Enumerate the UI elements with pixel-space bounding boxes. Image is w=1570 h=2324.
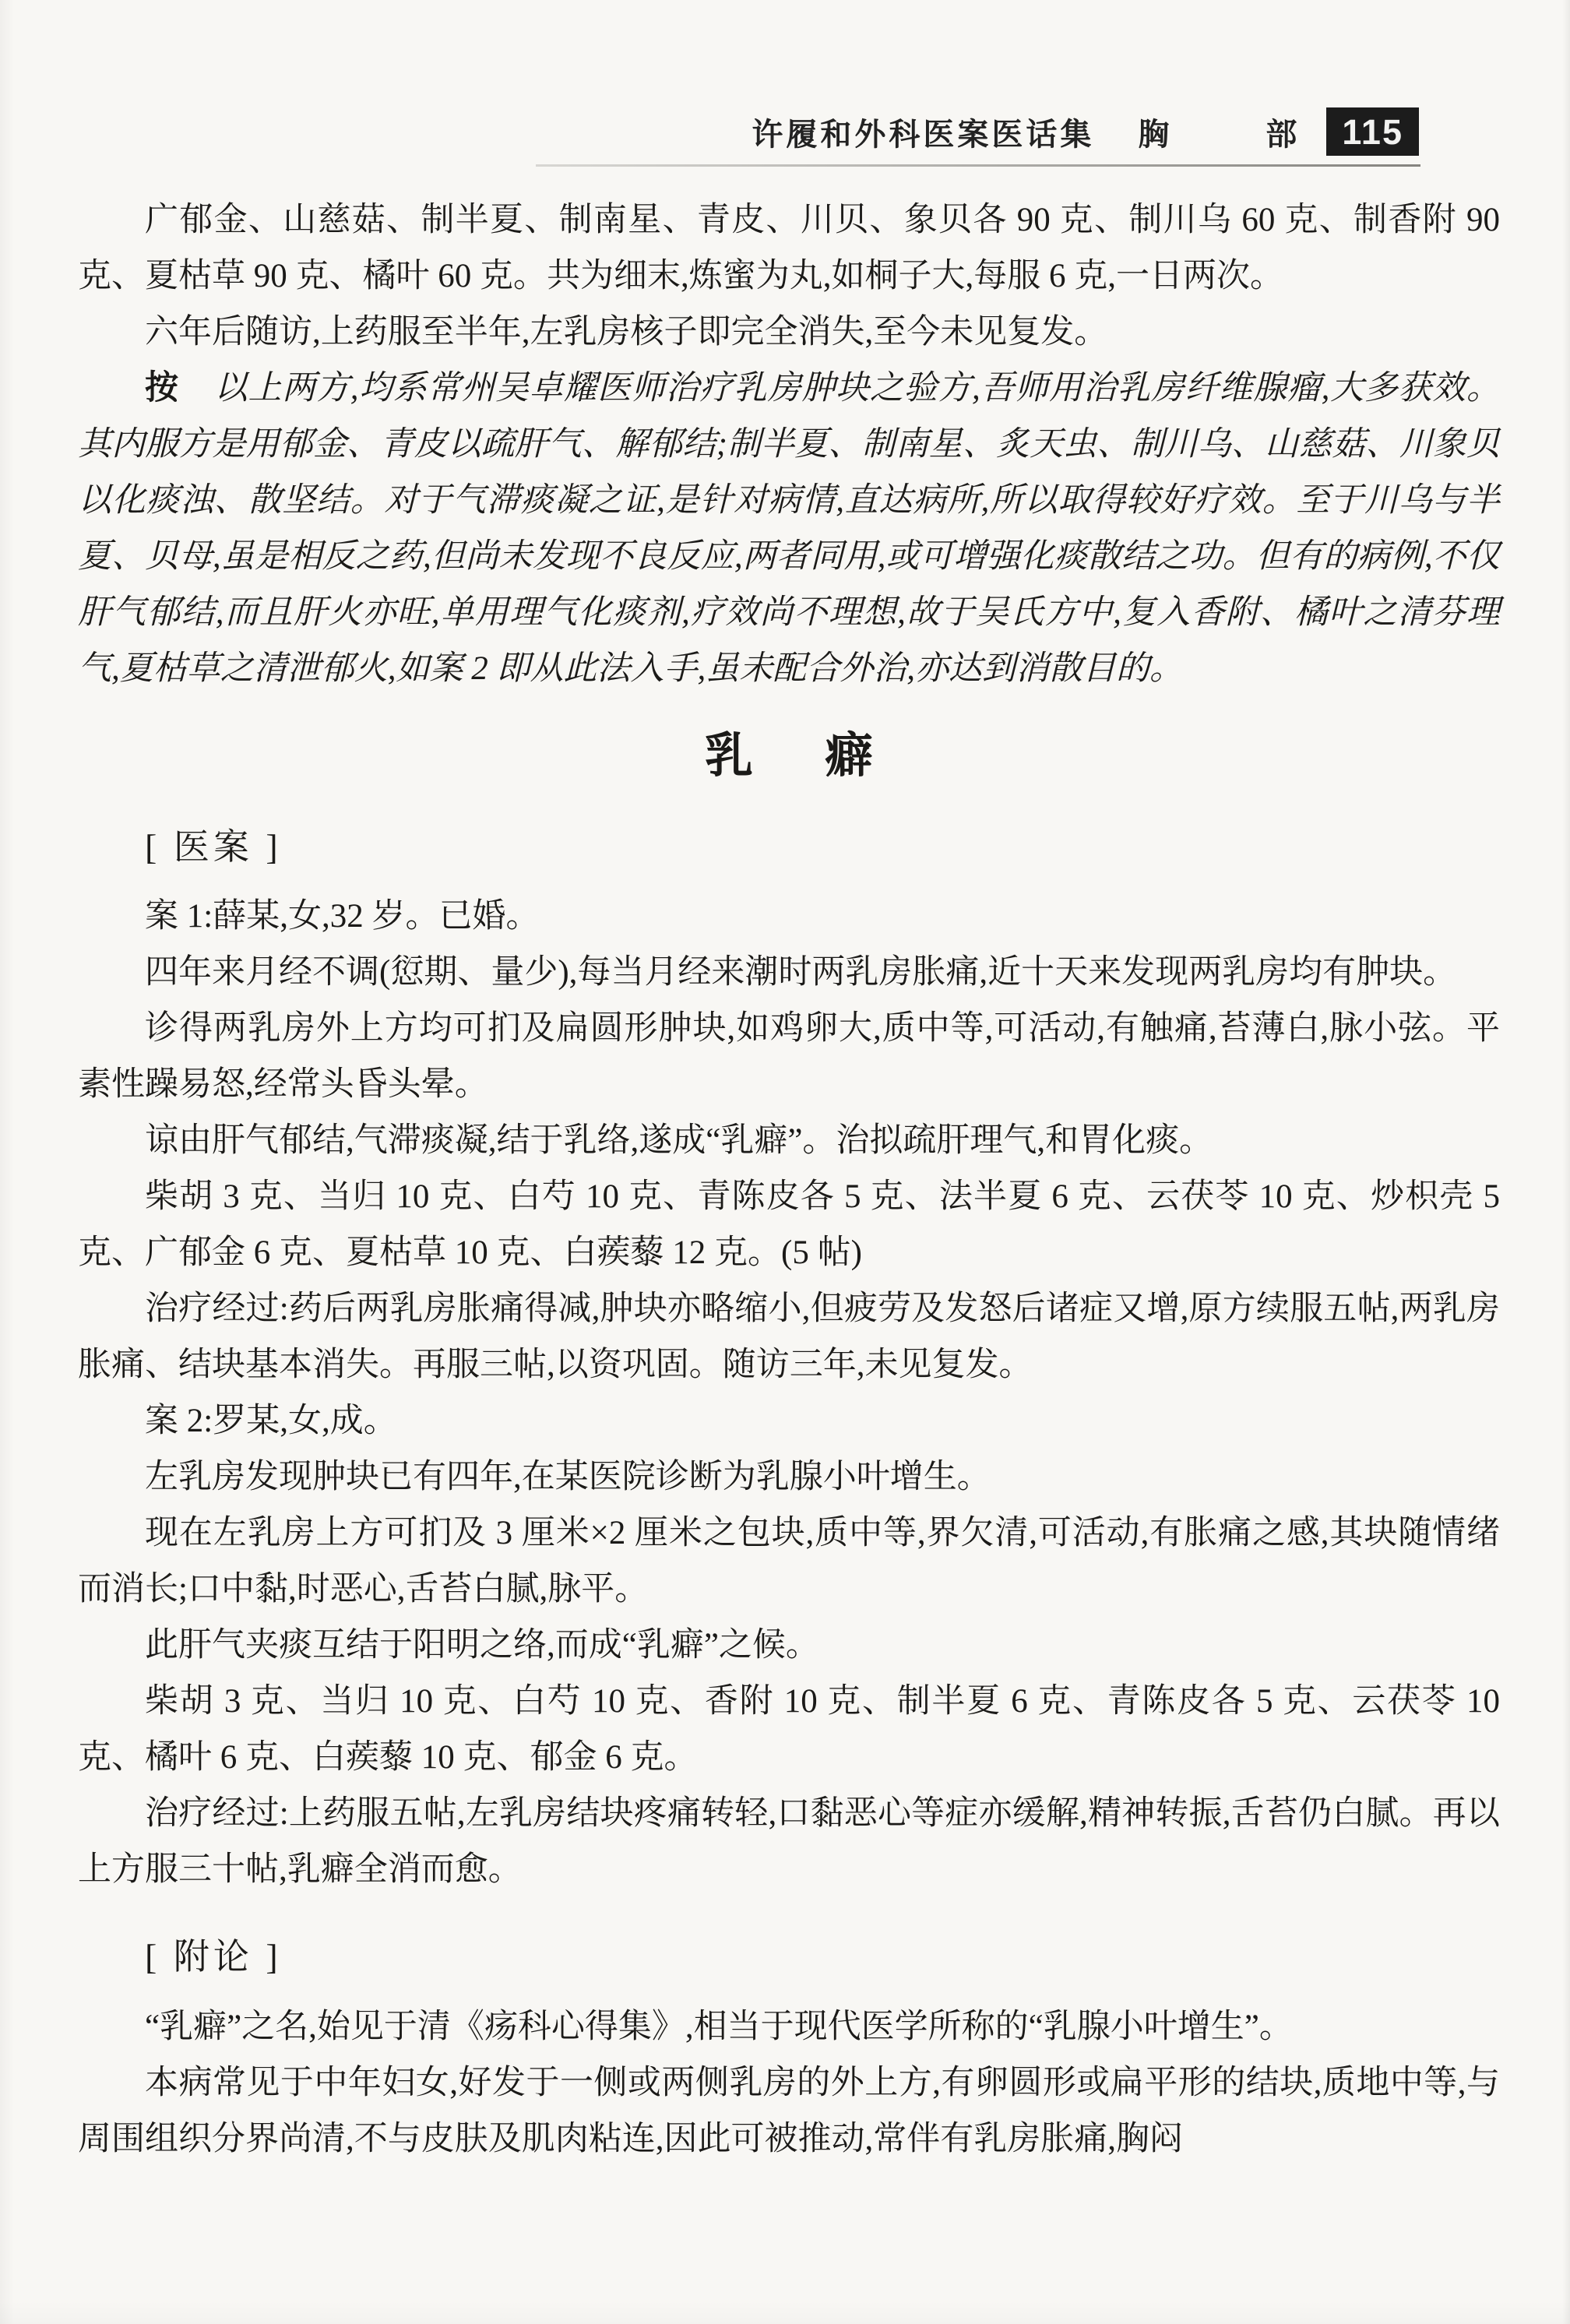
book-title: 许履和外科医案医话集 (752, 110, 1094, 154)
section-heading-discussion: [ 附论 ] (145, 1934, 1500, 1981)
commentary-label: 按 (145, 370, 179, 407)
case1-history-paragraph: 四年来月经不调(愆期、量少),每当月经来潮时两乳房胀痛,近十天来发现两乳房均有肿… (78, 945, 1500, 1001)
discussion-description-paragraph: 本病常见于中年妇女,好发于一侧或两侧乳房的外上方,有卵圆形或扁平形的结块,质地中… (78, 2055, 1500, 2167)
header-rule (536, 164, 1420, 167)
page-body: 广郁金、山慈菇、制半夏、制南星、青皮、川贝、象贝各 90 克、制川乌 60 克、… (78, 192, 1500, 2167)
article-title: 乳 癖 (78, 725, 1500, 788)
page-number-badge: 115 (1326, 107, 1419, 156)
article-title-char-left: 乳 (705, 725, 753, 788)
case2-exam-paragraph: 现在左乳房上方可扪及 3 厘米×2 厘米之包块,质中等,界欠清,可活动,有胀痛之… (78, 1505, 1500, 1618)
case1-diagnosis-paragraph: 谅由肝气郁结,气滞痰凝,结于乳络,遂成“乳癖”。治拟疏肝理气,和胃化痰。 (78, 1113, 1500, 1169)
section-heading-cases: [ 医案 ] (145, 824, 1500, 871)
running-head: 许履和外科医案医话集 胸 部 115 (78, 107, 1419, 156)
case2-outcome-paragraph: 治疗经过:上药服五帖,左乳房结块疼痛转轻,口黏恶心等症亦缓解,精神转振,舌苔仍白… (78, 1786, 1500, 1898)
paragraph-commentary: 按以上两方,均系常州吴卓耀医师治疗乳房肿块之验方,吾师用治乳房纤维腺瘤,大多获效… (78, 361, 1500, 697)
case1-prescription-paragraph: 柴胡 3 克、当归 10 克、白芍 10 克、青陈皮各 5 克、法半夏 6 克、… (78, 1169, 1500, 1281)
paragraph-followup: 六年后随访,上药服至半年,左乳房核子即完全消失,至今未见复发。 (78, 305, 1500, 361)
discussion-origin-paragraph: “乳癖”之名,始见于清《疡科心得集》,相当于现代医学所称的“乳腺小叶增生”。 (78, 1999, 1500, 2055)
chapter-label-suffix: 部 (1266, 110, 1300, 154)
case2-history-paragraph: 左乳房发现肿块已有四年,在某医院诊断为乳腺小叶增生。 (78, 1449, 1500, 1505)
scanned-book-page: 许履和外科医案医话集 胸 部 115 广郁金、山慈菇、制半夏、制南星、青皮、川贝… (0, 0, 1570, 2324)
case1-exam-paragraph: 诊得两乳房外上方均可扪及扁圆形肿块,如鸡卵大,质中等,可活动,有触痛,苔薄白,脉… (78, 1001, 1500, 1113)
commentary-text: 以上两方,均系常州吴卓耀医师治疗乳房肿块之验方,吾师用治乳房纤维腺瘤,大多获效。… (78, 370, 1500, 687)
paragraph-prescription: 广郁金、山慈菇、制半夏、制南星、青皮、川贝、象贝各 90 克、制川乌 60 克、… (78, 192, 1500, 305)
case2-intro-paragraph: 案 2:罗某,女,成。 (78, 1393, 1500, 1449)
case2-diagnosis-paragraph: 此肝气夹痰互结于阳明之络,而成“乳癖”之候。 (78, 1618, 1500, 1674)
article-title-char-right: 癖 (825, 725, 873, 788)
case1-outcome-paragraph: 治疗经过:药后两乳房胀痛得减,肿块亦略缩小,但疲劳及发怒后诸症又增,原方续服五帖… (78, 1281, 1500, 1393)
case1-intro-paragraph: 案 1:薛某,女,32 岁。已婚。 (78, 889, 1500, 945)
chapter-label: 胸 (1138, 110, 1172, 154)
case2-prescription-paragraph: 柴胡 3 克、当归 10 克、白芍 10 克、香附 10 克、制半夏 6 克、青… (78, 1674, 1500, 1786)
